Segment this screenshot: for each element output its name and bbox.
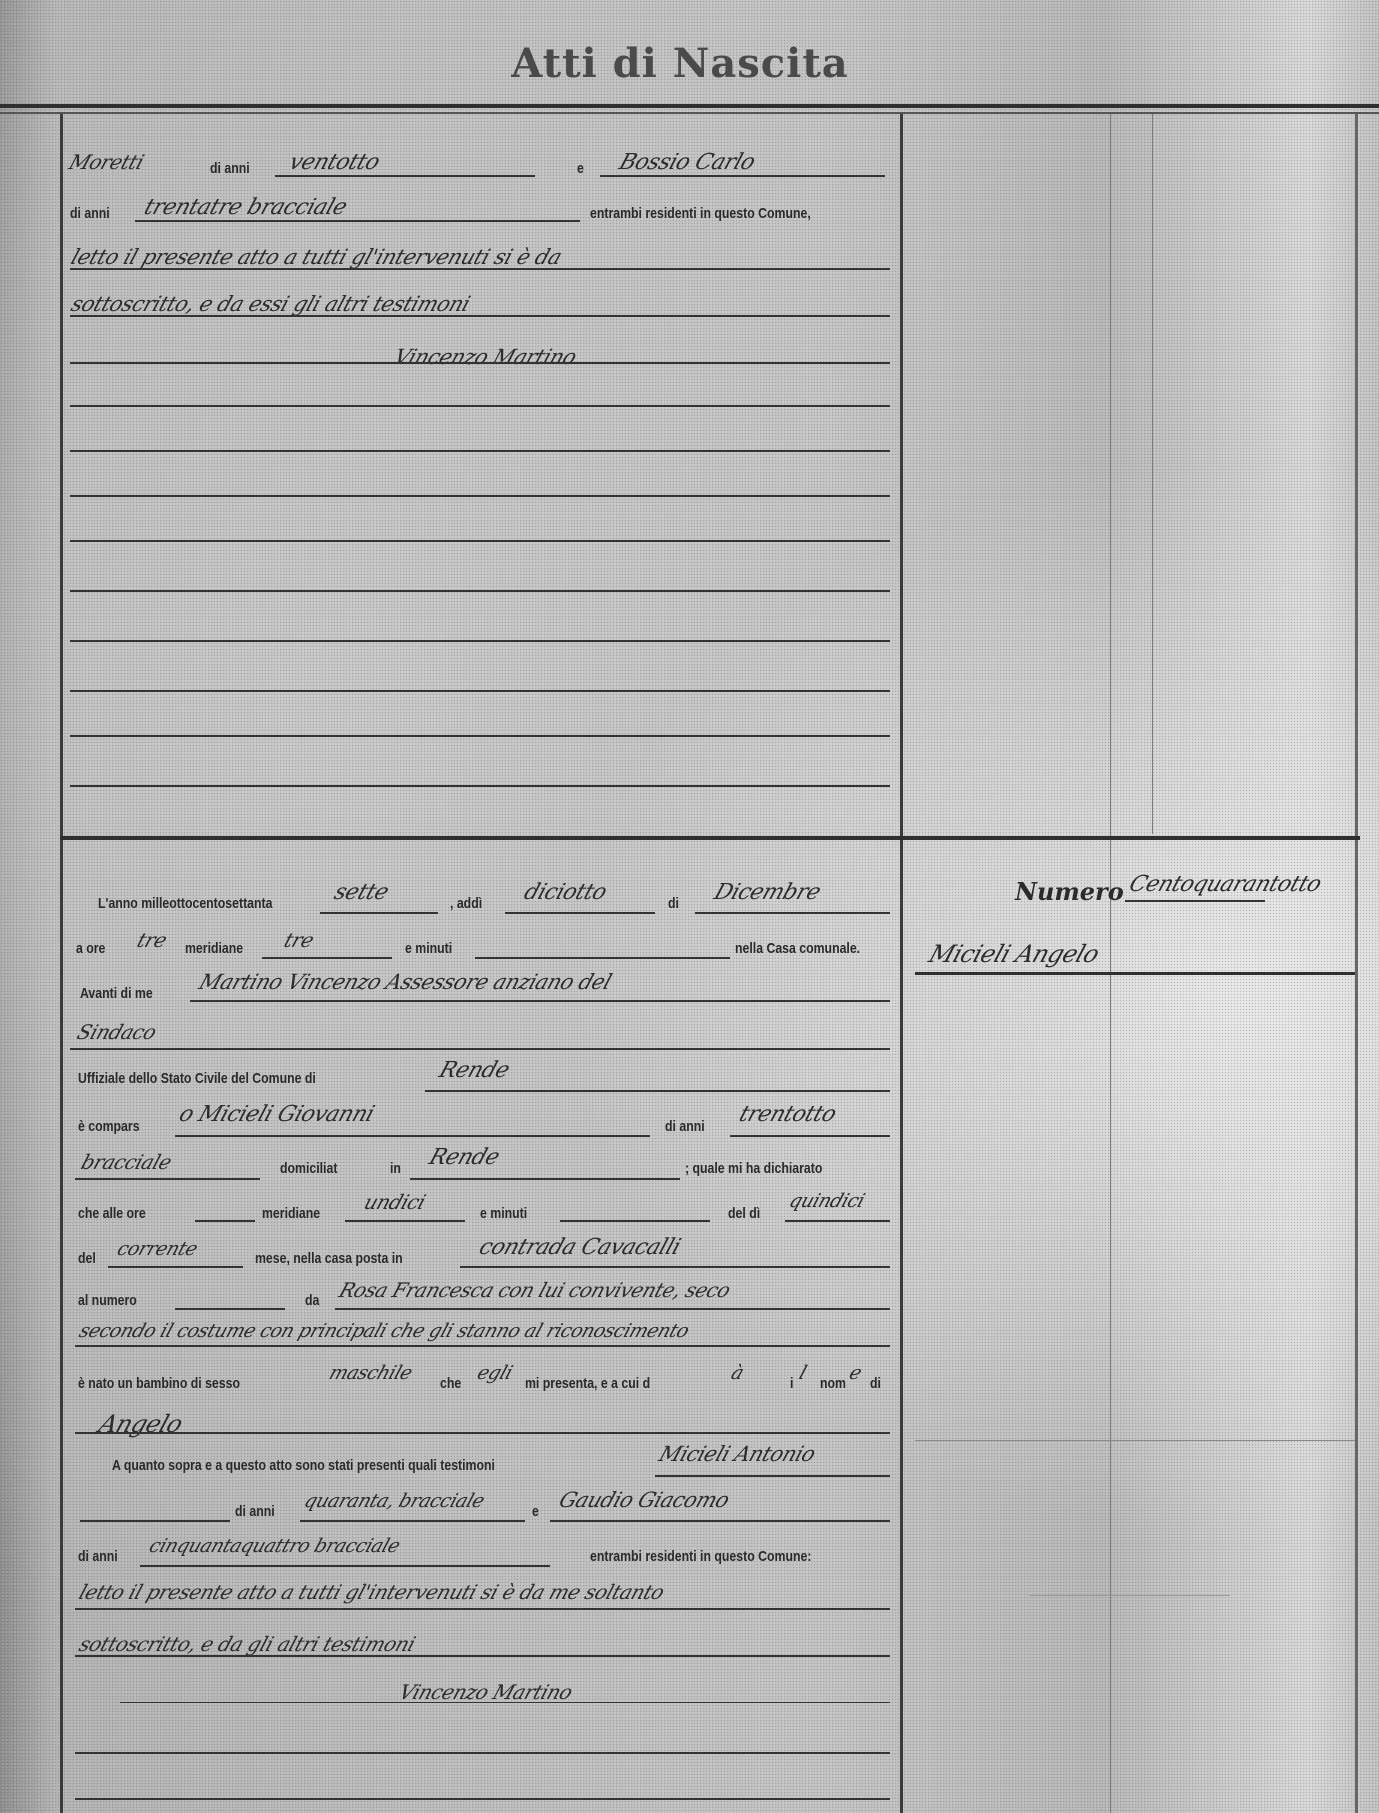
prev-line3: letto il presente atto a tutti gl'interv… bbox=[68, 245, 565, 269]
prev-surname: Moretti bbox=[66, 150, 147, 174]
del-label: del bbox=[78, 1250, 96, 1267]
casa-label: nella Casa comunale. bbox=[735, 940, 860, 957]
in-label: in bbox=[390, 1160, 401, 1177]
residenti-label: entrambi residenti in questo Comune: bbox=[590, 1548, 811, 1565]
domicilio-label: domiciliat bbox=[280, 1160, 337, 1177]
anni-w1-value: quaranta, bracciale bbox=[301, 1490, 487, 1512]
prev-age-label: di anni bbox=[210, 160, 250, 177]
che-value: egli bbox=[474, 1362, 515, 1384]
di-label-2: di bbox=[870, 1375, 881, 1392]
casa2-value: contrada Cavacalli bbox=[476, 1235, 684, 1260]
da-label: da bbox=[305, 1292, 319, 1309]
officer: Martino Vincenzo Assessore anziano del bbox=[196, 970, 614, 994]
left-border bbox=[60, 114, 63, 1813]
register-number-value: Centoquarantotto bbox=[1126, 872, 1324, 897]
presenta-label: mi presenta, e a cui d bbox=[525, 1375, 650, 1392]
avanti-label: Avanti di me bbox=[80, 985, 153, 1002]
ore-value: tre bbox=[134, 928, 170, 952]
minuti2-label: e minuti bbox=[480, 1205, 527, 1222]
prev-age2: trentatre bracciale bbox=[141, 195, 350, 220]
day-value: diciotto bbox=[521, 880, 610, 905]
nato-label: è nato un bambino di sesso bbox=[78, 1375, 240, 1392]
closing-line-1: letto il presente atto a tutti gl'interv… bbox=[76, 1580, 667, 1604]
ore-label: a ore bbox=[76, 940, 105, 957]
meridiane2-value: undici bbox=[361, 1190, 428, 1214]
presenta-value: à bbox=[728, 1362, 746, 1384]
del-di-value: quindici bbox=[786, 1190, 867, 1212]
nome-label: nom bbox=[820, 1375, 846, 1392]
da-value: Rosa Francesca con lui convivente, seco bbox=[336, 1278, 733, 1302]
top-border bbox=[0, 104, 1379, 108]
witness2: Gaudio Giacomo bbox=[556, 1488, 732, 1512]
prev-age: ventotto bbox=[286, 150, 383, 175]
casa2-label: mese, nella casa posta in bbox=[255, 1250, 403, 1267]
prev-witness2: Bossio Carlo bbox=[616, 150, 758, 175]
act-signature: Vincenzo Martino bbox=[396, 1680, 575, 1704]
sesso-value: maschile bbox=[326, 1362, 415, 1384]
month-value: Dicembre bbox=[711, 880, 824, 905]
prev-line4: sottoscritto, e da essi gli altri testim… bbox=[68, 292, 473, 316]
comparso-label: è compars bbox=[78, 1118, 140, 1135]
il-label: i bbox=[790, 1375, 793, 1392]
numero-box-bottom bbox=[915, 972, 1355, 975]
anni-label: di anni bbox=[665, 1118, 705, 1135]
prev-conj: e bbox=[577, 160, 584, 177]
dichiarato-label: ; quale mi ha dichiarato bbox=[685, 1160, 822, 1177]
section-divider bbox=[60, 836, 1360, 840]
officer-cont: Sindaco bbox=[74, 1020, 159, 1044]
margin-note: Micieli Angelo bbox=[925, 940, 1102, 968]
top-border-inner bbox=[0, 112, 1379, 114]
nome-suffix: e bbox=[846, 1362, 864, 1384]
addi-label: , addì bbox=[450, 895, 482, 912]
di-label: di bbox=[668, 895, 679, 912]
del-value: corrente bbox=[114, 1238, 200, 1260]
da-value-cont: secondo il costume con principali che gl… bbox=[76, 1320, 691, 1342]
meridiane-value: tre bbox=[281, 928, 317, 952]
prev-signature: Vincenzo Martino bbox=[391, 345, 579, 369]
closing-line-2: sottoscritto, e da gli altri testimoni bbox=[76, 1632, 418, 1656]
document-page: Atti di Nascita (illegible) Moretti di a… bbox=[0, 0, 1379, 1813]
right-column-rule-2 bbox=[1152, 114, 1153, 834]
e-label: e bbox=[532, 1503, 539, 1520]
anni-value: trentotto bbox=[736, 1102, 839, 1127]
meridiane2-label: meridiane bbox=[262, 1205, 320, 1222]
year-label: L'anno milleottocentosettanta bbox=[98, 895, 272, 912]
center-border bbox=[900, 114, 903, 1813]
comune-value: Rende bbox=[436, 1058, 512, 1083]
minuti-label: e minuti bbox=[405, 940, 452, 957]
year-value: sette bbox=[331, 880, 392, 905]
document-title: Atti di Nascita bbox=[440, 40, 920, 87]
testimoni-label: A quanto sopra e a questo atto sono stat… bbox=[112, 1457, 495, 1474]
meridiane-label: meridiane bbox=[185, 940, 243, 957]
ore2-label: che alle ore bbox=[78, 1205, 146, 1222]
ufficiale-label: Uffiziale dello Stato Civile del Comune … bbox=[78, 1070, 316, 1087]
del-di-label: del dì bbox=[728, 1205, 760, 1222]
anni-w2-label: di anni bbox=[78, 1548, 118, 1565]
witness1: Micieli Antonio bbox=[656, 1442, 818, 1466]
prev-res-label: entrambi residenti in questo Comune, bbox=[590, 205, 811, 222]
anni-w1-label: di anni bbox=[235, 1503, 275, 1520]
right-column-rule bbox=[1110, 114, 1111, 1813]
che-label: che bbox=[440, 1375, 461, 1392]
register-number-label: Numero bbox=[1015, 877, 1124, 906]
anni-w2-value: cinquantaquattro bracciale bbox=[146, 1535, 402, 1557]
il-value: l bbox=[796, 1362, 809, 1384]
right-border bbox=[1355, 114, 1358, 1813]
domicilio-value: Rende bbox=[426, 1145, 502, 1170]
prev-age2-label: di anni bbox=[70, 205, 110, 222]
profession: bracciale bbox=[78, 1150, 175, 1174]
numero-label: al numero bbox=[78, 1292, 137, 1309]
comparso-value: o Micieli Giovanni bbox=[176, 1102, 377, 1127]
